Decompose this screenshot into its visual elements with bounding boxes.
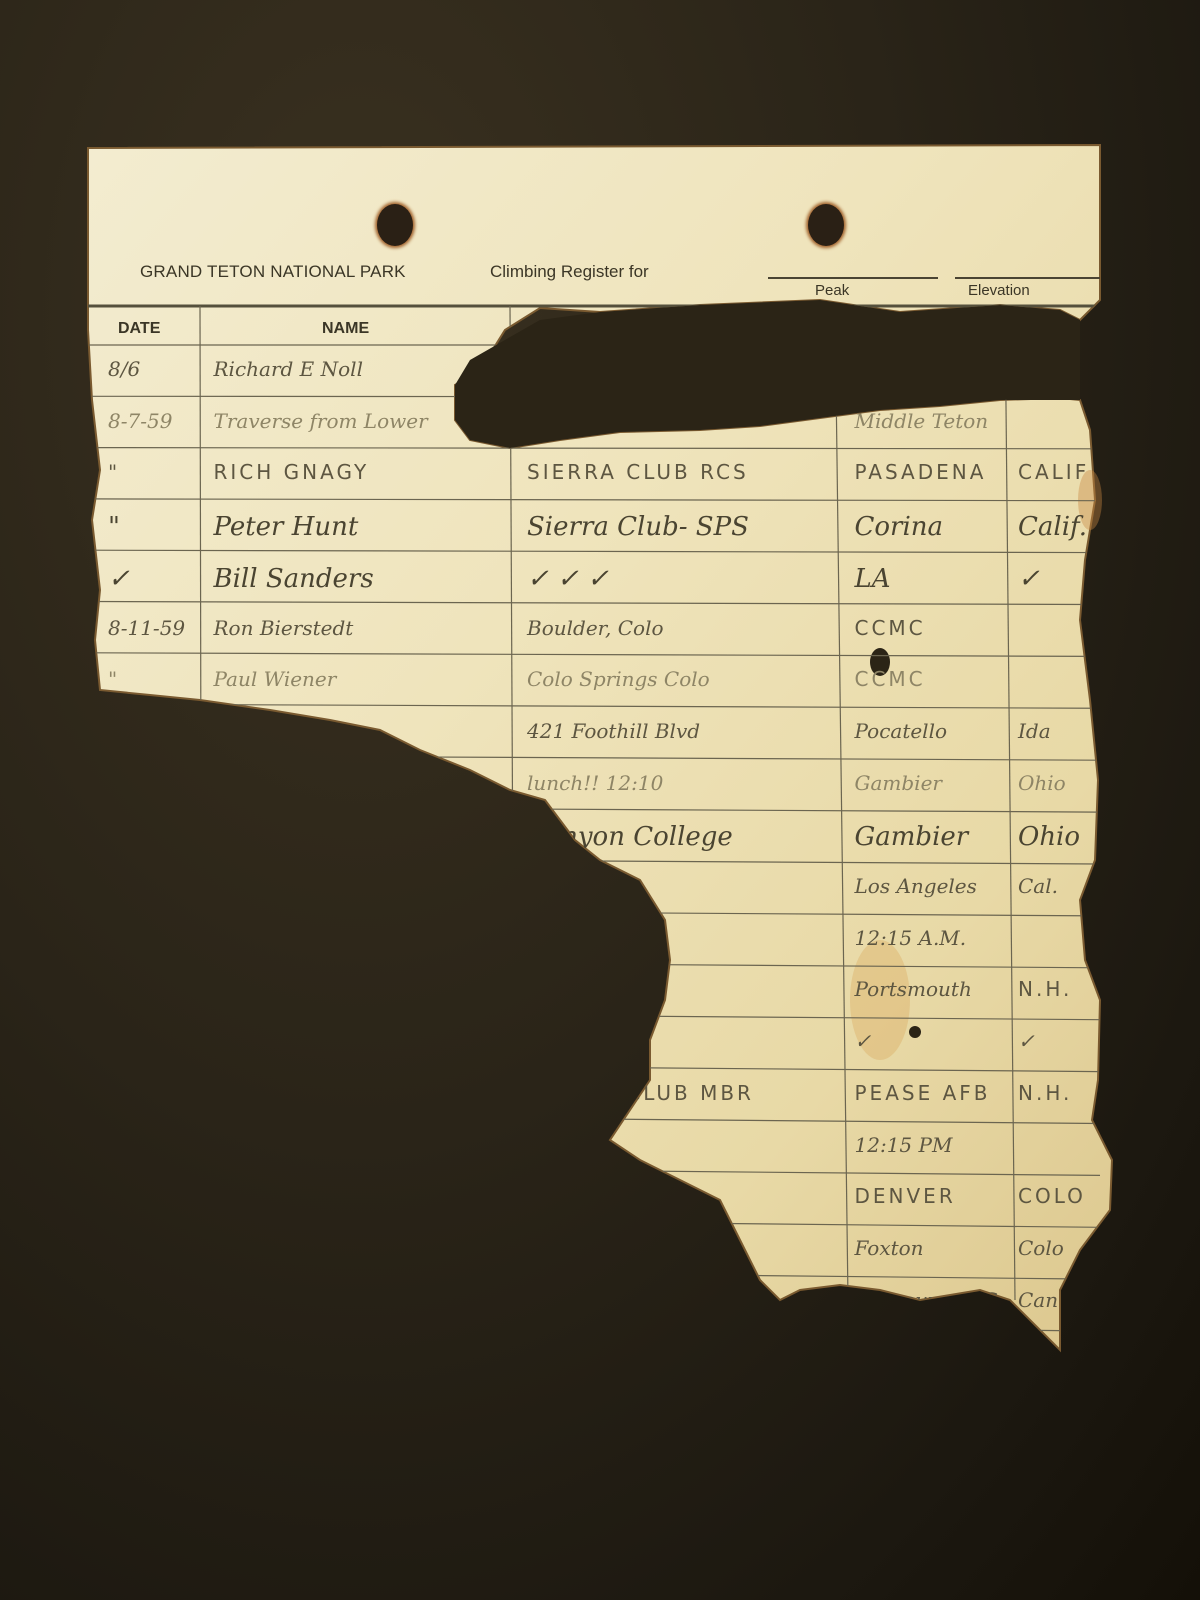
entry-name: Paul Wiener <box>214 667 337 691</box>
entry-name: Peter Hunt <box>214 512 359 542</box>
entry-name: Bill Sanders <box>214 564 374 594</box>
entry-state: Cal. <box>1018 874 1058 898</box>
entry-address: Boulder, Colo <box>527 616 664 640</box>
entry-address: 421 Foothill Blvd <box>527 719 700 743</box>
entry-city: Los Angeles <box>855 874 977 898</box>
entry-city: Portsmouth <box>855 977 972 1001</box>
entry-city: CCMC <box>855 616 926 640</box>
entry-address: ✓ ✓ ✓ <box>527 564 609 594</box>
entry-name: RICH GNAGY <box>214 460 370 484</box>
entry-city: 12:15 PM <box>855 1133 953 1157</box>
entry-city: PASADENA <box>855 460 987 484</box>
entry-address: Sierra Club- SPS <box>527 512 749 542</box>
entry-city: ✓ <box>855 1029 872 1053</box>
entry-state: N.H. <box>1018 977 1072 1001</box>
entry-date: 8/6 <box>108 357 140 381</box>
entry-city: Corina <box>855 512 944 542</box>
entry-city: CCMC <box>855 667 926 691</box>
entry-state: N.H. <box>1018 1081 1072 1105</box>
column-header-date: DATE <box>118 320 160 338</box>
entry-state: CALIF <box>1018 460 1089 484</box>
entry-state: Calif. <box>1018 512 1087 542</box>
entry-address: SIERRA CLUB RCS <box>527 460 749 484</box>
entry-city: LA <box>855 564 891 594</box>
entry-address: lunch!! 12:10 <box>527 771 663 795</box>
entry-state: Ida <box>1018 719 1051 743</box>
entry-state: ✓ <box>1018 564 1040 594</box>
entry-name: Ron Bierstedt <box>214 616 354 640</box>
entry-state: COLO <box>1018 1184 1086 1208</box>
entry-date: " <box>108 667 117 691</box>
entry-name: Richard E Noll <box>214 357 363 381</box>
entry-city: Gambier <box>855 822 969 852</box>
entry-state: Ohio <box>1018 771 1066 795</box>
entry-date: " <box>108 460 117 484</box>
entry-city: Foxton <box>855 1236 924 1260</box>
entry-city: 12:15 A.M. <box>855 926 967 950</box>
entry-date: " <box>108 512 120 542</box>
entry-city: Middle Teton <box>855 409 989 433</box>
entry-name: Traverse from Lower <box>214 409 428 433</box>
entry-state: ✓ <box>1018 1029 1035 1053</box>
entry-city: DENVER <box>855 1184 956 1208</box>
entry-date: ✓ <box>108 564 130 594</box>
entry-state: Colo <box>1018 1236 1064 1260</box>
entry-city: Gambier <box>855 771 942 795</box>
entry-city: Pocatello <box>855 719 948 743</box>
entry-date: 8-7-59 <box>108 409 172 433</box>
entry-state: Can <box>1018 1288 1058 1312</box>
entry-state: Ohio <box>1018 822 1080 852</box>
entry-date: 8-11-59 <box>108 616 185 640</box>
photo-scene: GRAND TETON NATIONAL PARK Climbing Regis… <box>0 0 1200 1600</box>
column-header-name: NAME <box>322 320 369 338</box>
entry-city: PEASE AFB <box>855 1081 991 1105</box>
entry-address: Colo Springs Colo <box>527 667 710 691</box>
